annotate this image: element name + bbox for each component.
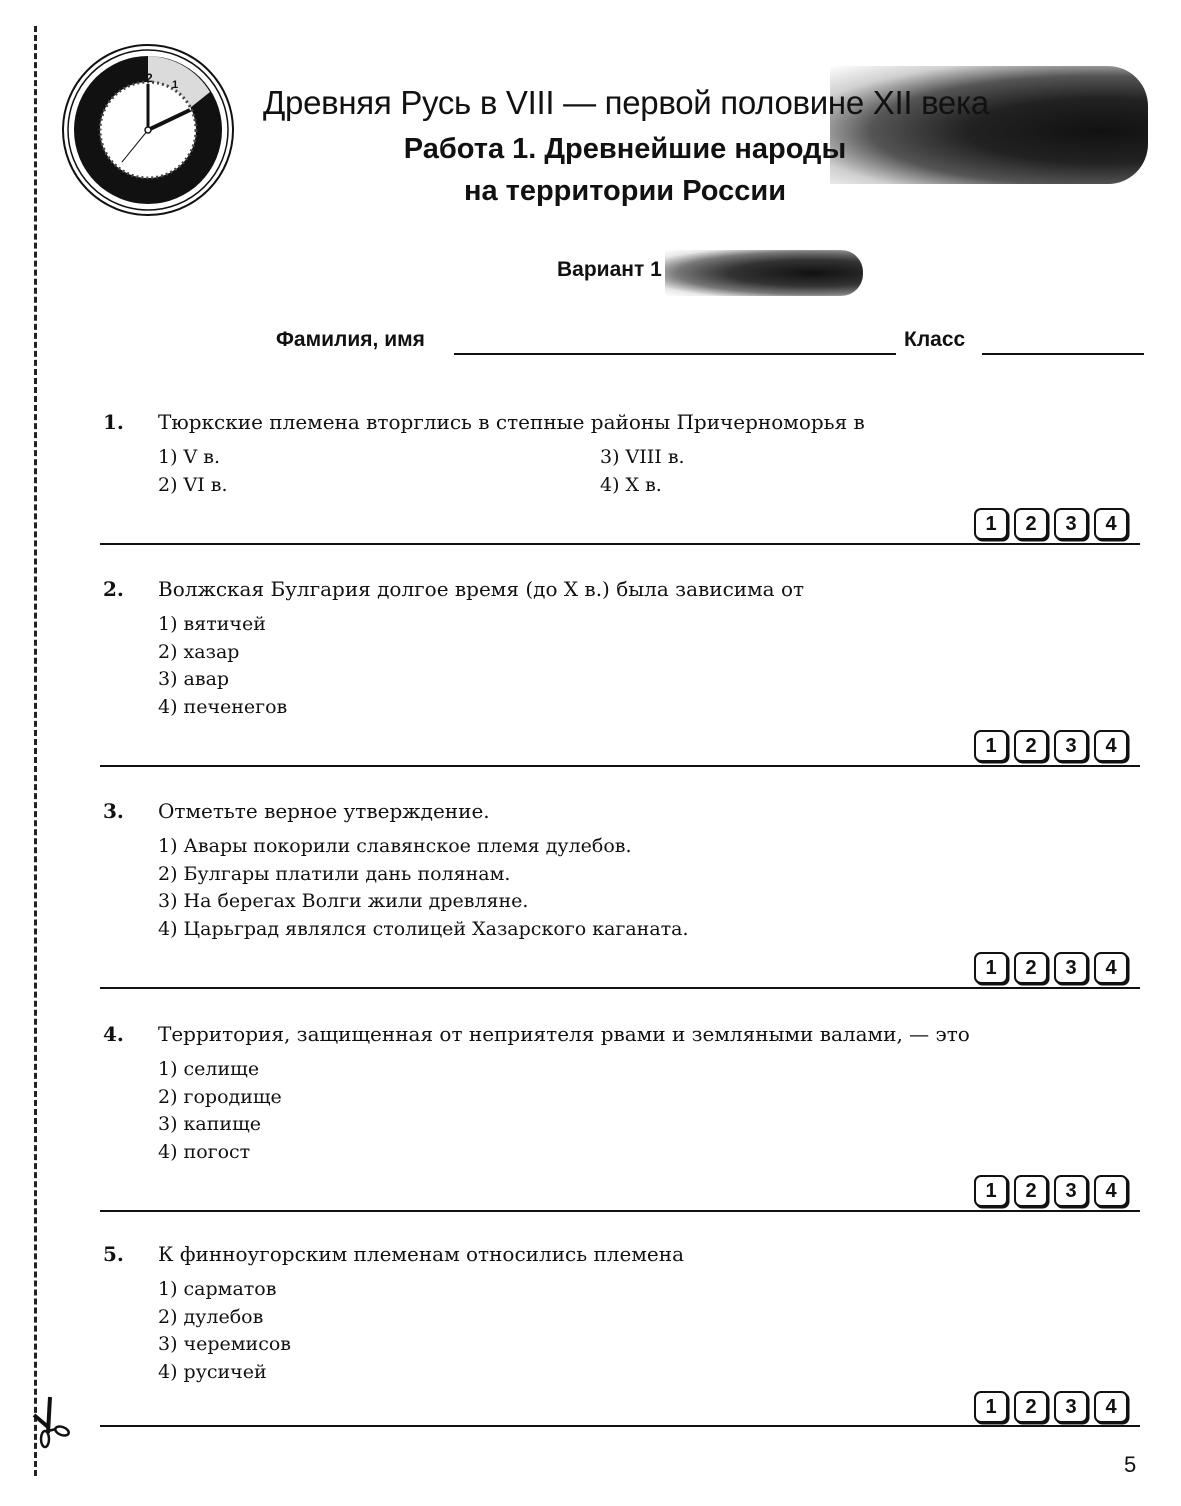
option-3: 3) черемисов [158, 1331, 291, 1359]
question-number: 5. [103, 1242, 124, 1266]
option-2: 2) Булгары платили дань полянам. [158, 861, 689, 889]
question-1: 1. Тюркские племена вторглись в степные … [100, 410, 1140, 546]
option-4: 4) X в. [600, 472, 662, 500]
answer-box-1[interactable]: 1 [974, 952, 1008, 984]
answer-box-4[interactable]: 4 [1094, 952, 1128, 984]
option-3: 3) На берегах Волги жили древляне. [158, 888, 689, 916]
options-list: 1) вятичей 2) хазар 3) авар 4) печенегов [158, 611, 287, 721]
answer-box-1[interactable]: 1 [974, 730, 1008, 762]
answer-box-1[interactable]: 1 [974, 1391, 1008, 1423]
question-text: Территория, защищенная от неприятеля рва… [158, 1022, 970, 1046]
answer-box-4[interactable]: 4 [1094, 1391, 1128, 1423]
option-1: 1) вятичей [158, 611, 287, 639]
question-text: Тюркские племена вторглись в степные рай… [158, 410, 865, 434]
question-text: Отметьте верное утверждение. [158, 799, 490, 823]
name-label: Фамилия, имя [276, 328, 425, 352]
answer-box-2[interactable]: 2 [1014, 1391, 1048, 1423]
clock-icon: 2 1 [60, 42, 236, 218]
svg-text:1: 1 [172, 79, 178, 91]
page-number: 5 [1124, 1452, 1136, 1478]
option-4: 4) русичей [158, 1359, 291, 1387]
question-4: 4. Территория, защищенная от неприятеля … [100, 1022, 1140, 1214]
question-text: К финноугорским племенам относились плем… [158, 1242, 684, 1266]
option-4: 4) погост [158, 1139, 282, 1167]
name-field[interactable] [454, 353, 896, 355]
option-3: 3) капище [158, 1111, 282, 1139]
divider [100, 1425, 1140, 1427]
scissors-icon [26, 1393, 76, 1449]
options-list: 1) селище 2) городище 3) капище 4) погос… [158, 1056, 282, 1166]
divider [100, 765, 1140, 767]
option-3: 3) авар [158, 666, 287, 694]
question-3: 3. Отметьте верное утверждение. 1) Авары… [100, 799, 1140, 991]
answer-boxes: 1 2 3 4 [974, 730, 1128, 762]
option-2: 2) VI в. [158, 472, 228, 500]
option-2: 2) хазар [158, 639, 287, 667]
option-3: 3) VIII в. [600, 444, 685, 472]
options-list: 1) Авары покорили славянское племя дулеб… [158, 833, 689, 943]
question-number: 4. [103, 1022, 124, 1046]
option-4: 4) печенегов [158, 694, 287, 722]
work-title-line-1: Работа 1. Древнейшие народы [360, 128, 890, 170]
answer-box-2[interactable]: 2 [1014, 952, 1048, 984]
work-title: Работа 1. Древнейшие народы на территори… [360, 128, 890, 212]
question-2: 2. Волжская Булгария долгое время (до X … [100, 577, 1140, 769]
answer-box-3[interactable]: 3 [1054, 1175, 1088, 1207]
option-4: 4) Царьград являлся столицей Хазарского … [158, 916, 689, 944]
answer-box-3[interactable]: 3 [1054, 730, 1088, 762]
answer-box-2[interactable]: 2 [1014, 730, 1048, 762]
work-title-line-2: на территории России [360, 170, 890, 212]
answer-box-3[interactable]: 3 [1054, 1391, 1088, 1423]
divider [100, 987, 1140, 989]
option-1: 1) сарматов [158, 1276, 291, 1304]
answer-boxes: 1 2 3 4 [974, 952, 1128, 984]
answer-box-1[interactable]: 1 [974, 1175, 1008, 1207]
answer-box-2[interactable]: 2 [1014, 1175, 1048, 1207]
question-number: 1. [103, 410, 124, 434]
option-1: 1) V в. [158, 444, 220, 472]
section-title: Древняя Русь в VIII — первой половине XI… [263, 84, 989, 122]
options-list: 1) V в. 2) VI в. 3) VIII в. 4) X в. [158, 444, 858, 500]
divider [100, 543, 1140, 545]
question-number: 2. [103, 577, 124, 601]
student-info-row: Фамилия, имя Класс [276, 328, 1146, 358]
answer-box-3[interactable]: 3 [1054, 508, 1088, 540]
question-text: Волжская Булгария долгое время (до X в.)… [158, 577, 804, 601]
svg-text:2: 2 [146, 71, 153, 85]
answer-boxes: 1 2 3 4 [974, 1175, 1128, 1207]
question-number: 3. [103, 799, 124, 823]
divider [100, 1210, 1140, 1212]
options-list: 1) сарматов 2) дулебов 3) черемисов 4) р… [158, 1276, 291, 1386]
variant-label: Вариант 1 [557, 258, 662, 282]
variant-banner-decoration [665, 250, 863, 296]
class-label: Класс [904, 328, 965, 352]
answer-boxes: 1 2 3 4 [974, 1391, 1128, 1423]
answer-boxes: 1 2 3 4 [974, 508, 1128, 540]
option-2: 2) городище [158, 1084, 282, 1112]
answer-box-3[interactable]: 3 [1054, 952, 1088, 984]
answer-box-4[interactable]: 4 [1094, 730, 1128, 762]
question-5: 5. К финноугорским племенам относились п… [100, 1242, 1140, 1434]
class-field[interactable] [982, 353, 1144, 355]
option-1: 1) Авары покорили славянское племя дулеб… [158, 833, 689, 861]
answer-box-1[interactable]: 1 [974, 508, 1008, 540]
answer-box-2[interactable]: 2 [1014, 508, 1048, 540]
cut-line [34, 26, 37, 1476]
answer-box-4[interactable]: 4 [1094, 1175, 1128, 1207]
option-1: 1) селище [158, 1056, 282, 1084]
answer-box-4[interactable]: 4 [1094, 508, 1128, 540]
option-2: 2) дулебов [158, 1304, 291, 1332]
